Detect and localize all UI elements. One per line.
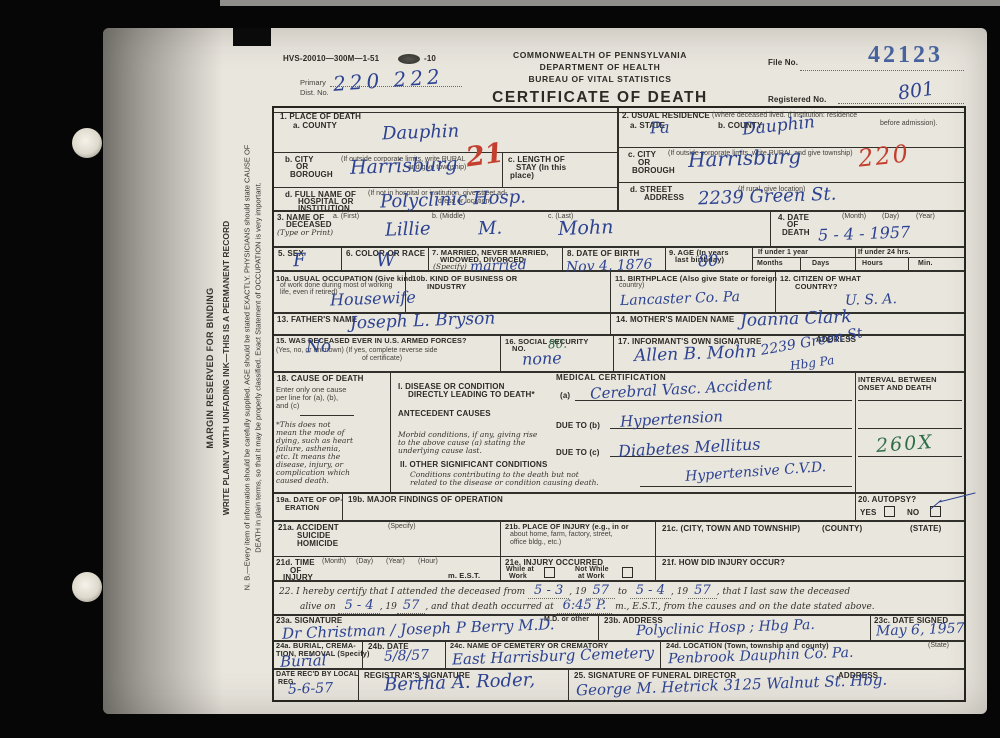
- rule: [858, 400, 962, 401]
- rule: [445, 640, 446, 668]
- field-9-months-label: Months: [757, 260, 783, 268]
- agency-line3: BUREAU OF VITAL STATISTICS: [440, 74, 760, 84]
- rule: [500, 520, 501, 580]
- primary-dist-label2: Dist. No.: [300, 89, 329, 98]
- field-5-sex-value: F: [293, 250, 306, 271]
- field-24b-date-value: 5/8/57: [384, 647, 430, 665]
- certify-text: , and that death occurred at: [425, 602, 553, 612]
- rule: [274, 187, 617, 188]
- rule: [598, 614, 599, 640]
- field-4-date-value: 5 - 4 - 1957: [818, 222, 911, 244]
- field-21e-while-label2: Work: [509, 573, 527, 581]
- field-15-value: No: [306, 337, 332, 358]
- certify-line2: alive on 5 - 4, 1957, and that death occ…: [300, 598, 875, 613]
- field-17-informant-value: Allen B. Mohn: [634, 342, 757, 366]
- rule: [858, 428, 962, 429]
- attended-from-date: 5 - 3: [528, 583, 569, 599]
- table-edge-highlight: [220, 0, 1000, 6]
- last-seen-year: 57: [397, 598, 426, 614]
- field-1a-county-value: Dauphin: [382, 121, 460, 145]
- form-number-suffix: -10: [424, 54, 436, 64]
- rule: [800, 257, 801, 270]
- field-21d-month-label: (Month): [322, 558, 346, 566]
- field-15-note2: (If yes, complete reverse side: [346, 347, 437, 355]
- field-11-birthplace-label2: country): [619, 282, 644, 290]
- attended-to-date: 5 - 4: [630, 583, 671, 599]
- page-corner-notch: [233, 28, 271, 46]
- rule: [613, 334, 614, 371]
- field-10a-occupation-value: Housewife: [330, 288, 416, 310]
- while-at-work-checkbox: [544, 567, 555, 578]
- attended-from-year: 57: [586, 583, 615, 599]
- rule: [390, 373, 391, 492]
- margin-nb-note-line2: DEATH in plain terms, so that it may be …: [254, 48, 263, 688]
- field-18-antecedent-label: ANTECEDENT CAUSES: [398, 409, 491, 419]
- field-3-name-label3: (Type or Print): [277, 228, 333, 237]
- field-21d-est-label: m. E.S.T.: [448, 571, 480, 580]
- certify-text: , 19: [380, 602, 397, 612]
- registered-no-label: Registered No.: [768, 95, 827, 105]
- field-12-citizen-value: U. S. A.: [845, 291, 897, 309]
- punch-hole-top: [72, 128, 102, 158]
- field-1a-county-label: a. COUNTY: [293, 121, 337, 131]
- printers-union-stamp: [398, 54, 420, 64]
- rule: [617, 182, 964, 183]
- certify-text: 22. I hereby certify that I attended the…: [279, 587, 525, 597]
- field-4-day-label: (Day): [882, 213, 899, 221]
- autopsy-yes-checkbox: [884, 506, 895, 517]
- certify-text: , 19: [671, 587, 688, 597]
- date-recd-value: 5-6-57: [288, 680, 334, 698]
- margin-write-plainly-note: WRITE PLAINLY WITH UNFADING INK—THIS IS …: [221, 48, 231, 688]
- field-24a-burial-value: Burial: [280, 651, 327, 671]
- field-4-year-label: (Year): [916, 213, 935, 221]
- margin-nb-note-line1: N. B.—Every item of information should b…: [243, 48, 252, 688]
- certificate-title: CERTIFICATE OF DEATH: [440, 89, 760, 108]
- time-of-death-value: 6:45 P.: [557, 598, 613, 614]
- field-24d-state-label: (State): [928, 642, 949, 650]
- field-18-other-label: II. OTHER SIGNIFICANT CONDITIONS: [400, 460, 547, 470]
- field-4-date-label3: DEATH: [782, 228, 810, 238]
- rule: [341, 246, 342, 270]
- field-18-asterisk-note8: caused death.: [276, 476, 329, 485]
- field-10b-business-label2: INDUSTRY: [427, 282, 466, 291]
- file-no-line: [800, 70, 964, 71]
- interval-label2: ONSET AND DEATH: [858, 383, 932, 392]
- field-12-citizen-label2: COUNTRY?: [795, 282, 838, 291]
- rule: [640, 486, 852, 487]
- field-19a-operation-label2: ERATION: [285, 503, 319, 512]
- rule: [665, 246, 666, 270]
- certify-text: to: [618, 587, 627, 597]
- field-7-specify-label: (Specify): [433, 262, 467, 271]
- field-4-month-label: (Month): [842, 213, 866, 221]
- field-9-age-value: 80: [698, 251, 719, 271]
- file-no-label: File No.: [768, 58, 798, 68]
- field-21c-city-label: 21c. (CITY, TOWN AND TOWNSHIP): [662, 524, 800, 534]
- form-number: HVS-20010—300M—1-51: [283, 54, 379, 64]
- attended-to-year: 57: [688, 583, 717, 599]
- rule: [617, 108, 619, 210]
- rule: [655, 520, 656, 580]
- field-3-first-value: Lillie: [385, 218, 431, 241]
- rule: [428, 246, 429, 270]
- field-7-marital-value: married: [470, 257, 527, 275]
- field-8-dob-value: Nov 4, 1876: [566, 256, 653, 275]
- field-1c-length-value: 21: [464, 138, 506, 174]
- field-2a-state-value: Pa: [650, 118, 670, 138]
- rule: [500, 334, 501, 371]
- field-2d-street-label2: ADDRESS: [644, 193, 684, 203]
- field-3-first-label: a. (First): [333, 213, 359, 221]
- rule: [610, 312, 611, 334]
- rule: [300, 415, 354, 416]
- field-19b-findings-label: 19b. MAJOR FINDINGS OF OPERATION: [348, 495, 503, 505]
- field-6-race-value: W: [376, 249, 396, 272]
- field-13-father-label: 13. FATHER'S NAME: [277, 315, 357, 325]
- rule: [562, 246, 563, 270]
- field-18-morbid-note3: underlying cause last.: [398, 446, 482, 455]
- field-3-middle-label: b. (Middle): [432, 213, 465, 221]
- field-9-days-label: Days: [812, 260, 829, 268]
- margin-binding-note: MARGIN RESERVED FOR BINDING: [205, 48, 215, 688]
- rule: [274, 556, 964, 557]
- certify-text: alive on: [300, 602, 336, 612]
- punch-hole-bottom: [72, 572, 102, 602]
- not-while-at-work-checkbox: [622, 567, 633, 578]
- field-18-due-c-label: DUE TO (c): [556, 448, 600, 458]
- field-21b-place-label2: about home, farm, factory, street,: [510, 531, 613, 539]
- agency-block: COMMONWEALTH OF PENNSYLVANIA DEPARTMENT …: [440, 50, 760, 107]
- field-21e-notwhile-label2: at Work: [578, 573, 605, 581]
- field-1b-borough: BOROUGH: [290, 170, 333, 180]
- field-9-under24-label: If under 24 hrs.: [858, 249, 911, 257]
- field-9-hours-label: Hours: [862, 260, 883, 268]
- file-no-value: 42123: [868, 42, 943, 69]
- field-2-note2: before admission).: [880, 120, 938, 128]
- field-20-autopsy-label: 20. AUTOPSY?: [858, 495, 916, 505]
- rule: [274, 668, 964, 670]
- field-21d-year-label: (Year): [386, 558, 405, 566]
- field-2c-tract-value: 220: [857, 139, 911, 172]
- rule: [660, 640, 661, 668]
- field-21c-county-label: (COUNTY): [822, 524, 862, 534]
- field-1b-city-value: Harrisburg: [350, 153, 458, 179]
- field-18-disease-label2: DIRECTLY LEADING TO DEATH*: [408, 390, 535, 400]
- field-21a-specify-label: (Specify): [388, 523, 416, 531]
- field-9-under1yr-label: If under 1 year: [758, 249, 808, 257]
- field-15-armed-forces-label: 15. WAS DECEASED EVER IN U.S. ARMED FORC…: [276, 337, 467, 346]
- field-14-mother-label: 14. MOTHER'S MAIDEN NAME: [616, 315, 734, 325]
- agency-line1: COMMONWEALTH OF PENNSYLVANIA: [440, 50, 760, 60]
- field-9-min-label: Min.: [918, 260, 933, 268]
- certify-text: m., E.S.T., from the causes and on the d…: [615, 602, 875, 612]
- rule: [274, 210, 964, 212]
- certify-line1: 22. I hereby certify that I attended the…: [279, 583, 850, 598]
- agency-line2: DEPARTMENT OF HEALTH: [440, 62, 760, 72]
- rule: [908, 257, 909, 270]
- interval-code-value: 260X: [875, 431, 934, 457]
- rule: [858, 456, 962, 457]
- field-21d-hour-label: (Hour): [418, 558, 438, 566]
- rule: [770, 210, 771, 246]
- field-16-ssn-value: none: [522, 348, 562, 368]
- field-21d-day-label: (Day): [356, 558, 373, 566]
- field-18a-tag: (a): [560, 391, 570, 401]
- field-18-enter-note3: and (c): [276, 402, 299, 411]
- field-18-due-b-label: DUE TO (b): [556, 421, 600, 431]
- field-21a-accident-label3: HOMICIDE: [297, 539, 338, 549]
- certify-text: , that I last saw the deceased: [717, 587, 850, 597]
- rule: [870, 614, 871, 640]
- rule: [752, 246, 753, 270]
- field-21b-place-label3: office bldg., etc.): [510, 539, 561, 547]
- field-3-middle-value: M.: [478, 218, 503, 240]
- field-3-last-value: Mohn: [558, 216, 614, 240]
- rule: [568, 668, 569, 700]
- field-18-cause-title: 18. CAUSE OF DEATH: [277, 374, 364, 384]
- last-seen-date: 5 - 4: [338, 598, 379, 614]
- field-23c-date-signed-value: May 6, 1957: [876, 620, 965, 639]
- autopsy-yes-label: YES: [860, 508, 876, 518]
- rule: [610, 270, 611, 312]
- certificate-scan: MARGIN RESERVED FOR BINDING WRITE PLAINL…: [0, 0, 1000, 738]
- field-21f-how-label: 21f. HOW DID INJURY OCCUR?: [662, 558, 785, 568]
- field-2c-city-value: Harrisburg: [688, 144, 802, 172]
- field-2c-borough: BOROUGH: [632, 166, 675, 176]
- field-14-mother-value: Joanna Clark: [740, 307, 852, 331]
- field-15-note3: of certificate): [362, 355, 402, 363]
- autopsy-no-label: NO: [907, 508, 919, 518]
- certify-text: , 19: [569, 587, 586, 597]
- rule: [855, 246, 856, 270]
- rule: [855, 373, 856, 520]
- rule: [274, 580, 964, 582]
- field-1c-length-label3: place): [510, 171, 534, 181]
- primary-dist-label1: Primary: [300, 79, 326, 88]
- field-21c-state-label: (STATE): [910, 524, 941, 534]
- field-21d-injury-label: INJURY: [283, 573, 313, 583]
- rule: [274, 246, 964, 248]
- rule: [274, 492, 964, 494]
- field-18-other-note2: related to the disease or condition caus…: [410, 478, 599, 487]
